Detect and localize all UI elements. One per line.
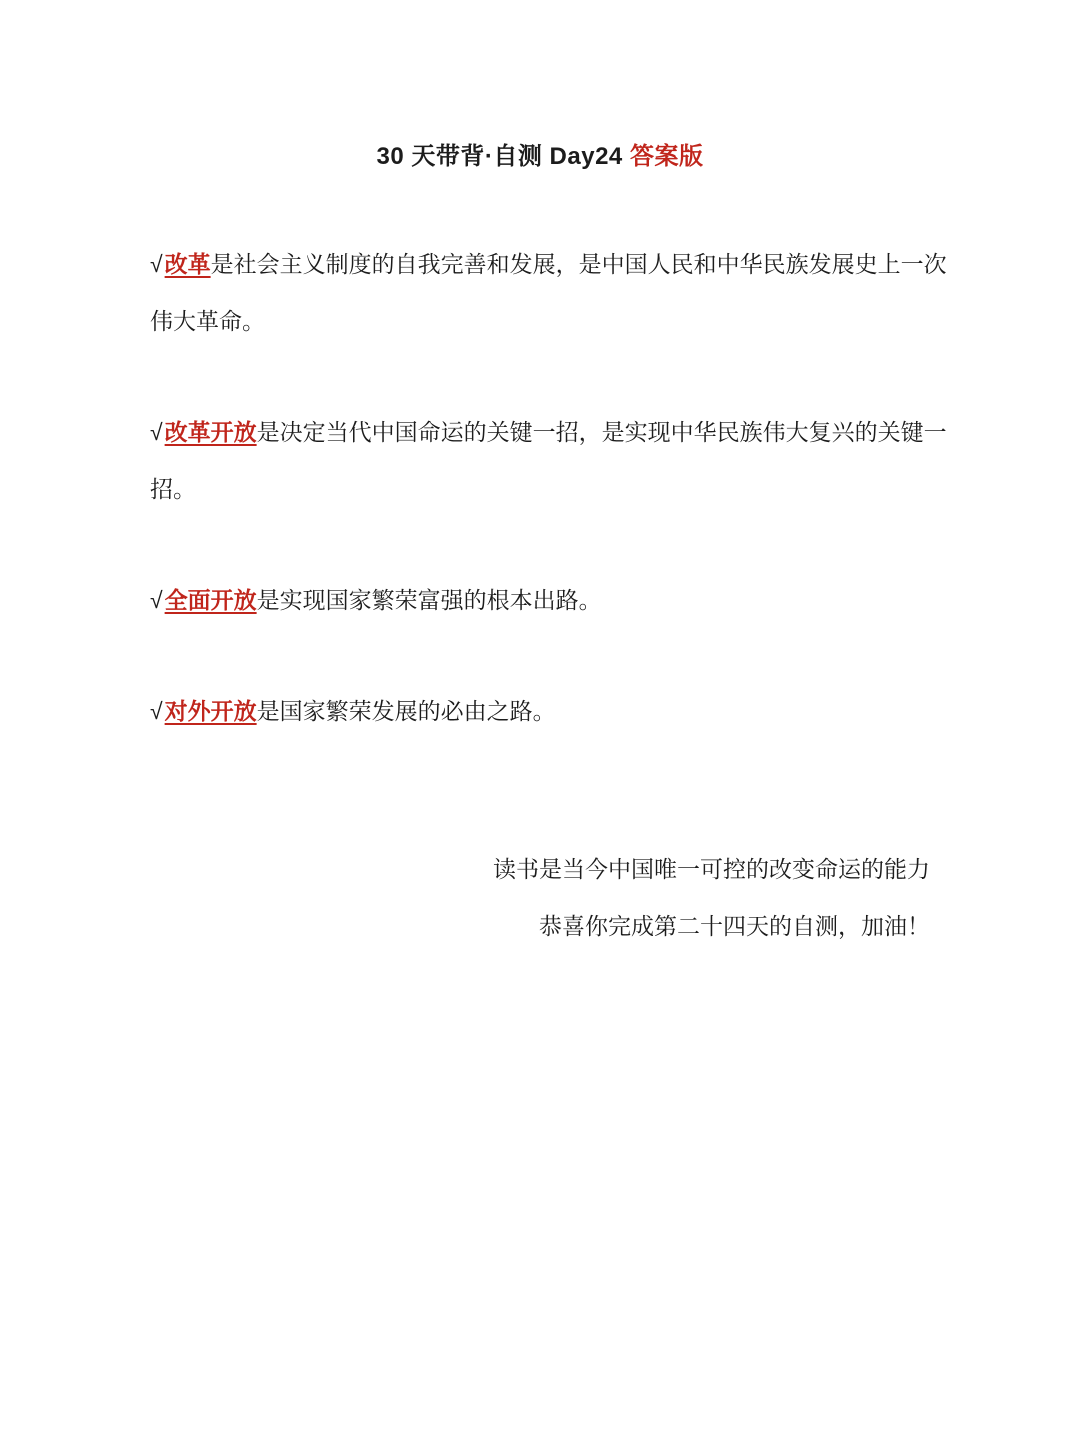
- answer-item-2-line-2: 招。: [150, 461, 930, 518]
- answer-item-1-line-2: 伟大革命。: [150, 293, 930, 350]
- footer-congrats-line: 恭喜你完成第二十四天的自测，加油！: [150, 898, 930, 955]
- key-term-quanmian-kaifang: 全面开放: [165, 587, 257, 613]
- answer-item-3-line-1: √全面开放是实现国家繁荣富强的根本出路。: [150, 572, 930, 629]
- checkmark-icon: √: [150, 698, 163, 724]
- title-answer-version-tag: 答案版: [630, 143, 704, 170]
- document-page: 30 天带背·自测 Day24 答案版 √改革是社会主义制度的自我完善和发展，是…: [0, 0, 1080, 1440]
- key-term-duiwai-kaifang: 对外开放: [165, 698, 257, 724]
- answer-item-3-text: 是实现国家繁荣富强的根本出路。: [257, 587, 602, 613]
- key-term-gaige-kaifang: 改革开放: [165, 419, 257, 445]
- answer-item-2: √改革开放是决定当代中国命运的关键一招，是实现中华民族伟大复兴的关键一 招。: [150, 404, 930, 518]
- answer-item-1-line-1: √改革是社会主义制度的自我完善和发展，是中国人民和中华民族发展史上一次: [150, 236, 930, 293]
- checkmark-icon: √: [150, 251, 163, 277]
- checkmark-icon: √: [150, 419, 163, 445]
- answer-item-4: √对外开放是国家繁荣发展的必由之路。: [150, 683, 930, 740]
- answer-item-2-line-1: √改革开放是决定当代中国命运的关键一招，是实现中华民族伟大复兴的关键一: [150, 404, 930, 461]
- document-content: 30 天带背·自测 Day24 答案版 √改革是社会主义制度的自我完善和发展，是…: [150, 0, 930, 955]
- encouragement-footer: 读书是当今中国唯一可控的改变命运的能力 恭喜你完成第二十四天的自测，加油！: [150, 841, 930, 955]
- key-term-gaige: 改革: [165, 251, 211, 277]
- footer-motto-line: 读书是当今中国唯一可控的改变命运的能力: [150, 841, 930, 898]
- answer-item-4-text: 是国家繁荣发展的必由之路。: [257, 698, 556, 724]
- checkmark-icon: √: [150, 587, 163, 613]
- title-main-text: 30 天带背·自测 Day24: [377, 143, 630, 170]
- answer-item-1: √改革是社会主义制度的自我完善和发展，是中国人民和中华民族发展史上一次 伟大革命…: [150, 236, 930, 350]
- answer-item-3: √全面开放是实现国家繁荣富强的根本出路。: [150, 572, 930, 629]
- answer-item-1-text: 是社会主义制度的自我完善和发展，是中国人民和中华民族发展史上一次: [211, 251, 947, 277]
- page-title: 30 天带背·自测 Day24 答案版: [150, 128, 930, 185]
- answer-item-2-text: 是决定当代中国命运的关键一招，是实现中华民族伟大复兴的关键一: [257, 419, 947, 445]
- answer-item-4-line-1: √对外开放是国家繁荣发展的必由之路。: [150, 683, 930, 740]
